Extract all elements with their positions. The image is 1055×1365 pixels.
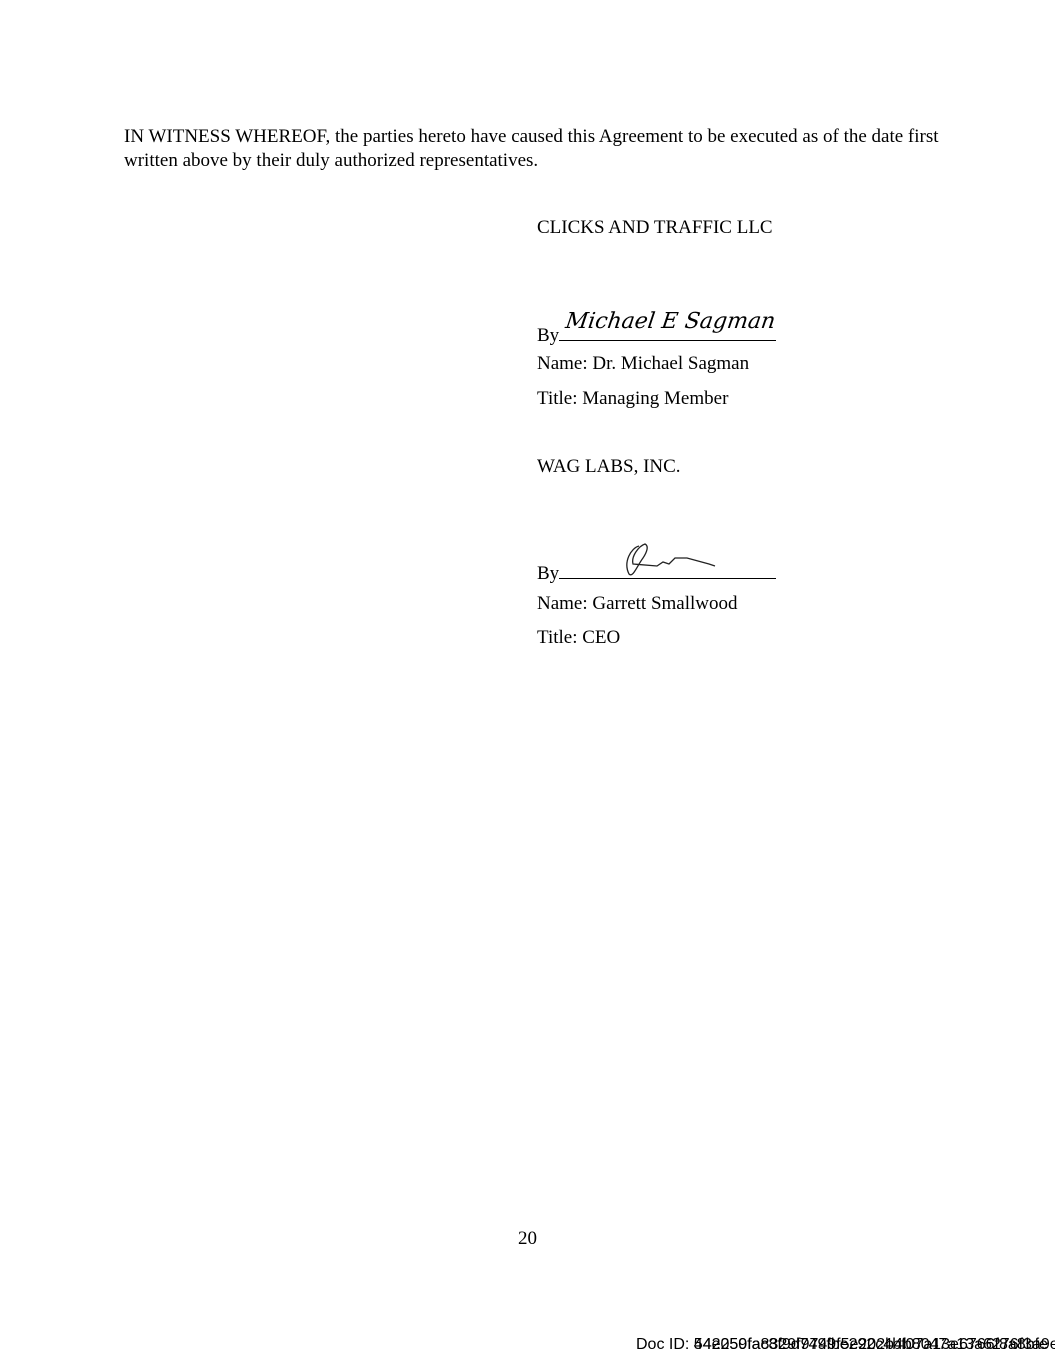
company-name-clicks-and-traffic: CLICKS AND TRAFFIC LLC	[537, 217, 773, 239]
signature-line-wag-labs: By	[537, 558, 776, 585]
signature-field	[559, 558, 776, 579]
signer-name-sagman: Name: Dr. Michael Sagman	[537, 353, 749, 375]
by-label: By	[537, 325, 559, 346]
doc-id-footer: Doc ID: 442059fa8329f9749f5e202b4b8047a1…	[636, 1336, 1055, 1354]
witness-paragraph: IN WITNESS WHEREOF, the parties hereto h…	[124, 125, 944, 173]
signature-field: Michael E Sagman	[559, 320, 776, 341]
signer-title-sagman: Title: Managing Member	[537, 388, 728, 410]
by-label: By	[537, 563, 559, 584]
company-name-wag-labs: WAG LABS, INC.	[537, 456, 681, 478]
signature-michael-sagman: Michael E Sagman	[559, 298, 776, 340]
signature-line-clicks-and-traffic: By Michael E Sagman	[537, 320, 776, 347]
signer-title-smallwood: Title: CEO	[537, 627, 620, 649]
doc-id-value-overlay: 54e250fac8f9d749fbe292c4bf07a13e6766f8a8…	[694, 1336, 1048, 1354]
doc-id-label: Doc ID:	[636, 1336, 694, 1353]
signature-garrett-smallwood	[559, 536, 776, 578]
page-number: 20	[0, 1228, 1055, 1250]
signer-name-smallwood: Name: Garrett Smallwood	[537, 593, 738, 615]
svg-text:Michael E Sagman: Michael E Sagman	[563, 308, 776, 334]
